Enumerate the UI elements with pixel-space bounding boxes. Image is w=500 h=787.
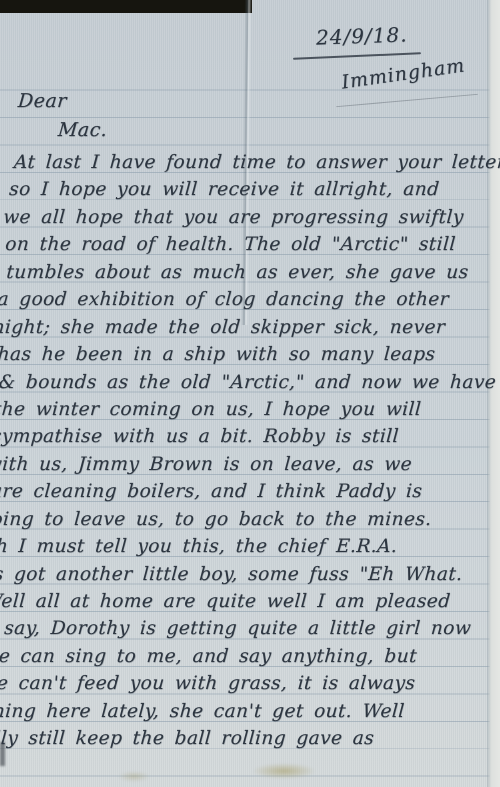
- letter-body: At last I have found time to answer your…: [0, 149, 500, 753]
- location-underline: [336, 94, 478, 107]
- paper-stain: [118, 771, 150, 782]
- letter-line: the winter coming on us, I hope you will: [0, 396, 483, 423]
- paper-stain: [252, 763, 316, 779]
- letter-line: Polly still keep the ball rolling gave a…: [0, 725, 460, 752]
- letter-line: on the road of health. The old "Arctic" …: [4, 231, 494, 258]
- salutation-name: Mac.: [57, 119, 108, 141]
- letter-line: tumbles about as much as ever, she gave …: [5, 259, 492, 286]
- letter-line: & bounds as the old "Arctic," and now we…: [0, 369, 485, 396]
- letter-line: are cleaning boilers, and I think Paddy …: [0, 478, 477, 505]
- letter-date: 24/9/18.: [316, 22, 408, 49]
- letter-line: as got another little boy, some fuss "Eh…: [0, 561, 471, 588]
- letter-line: has he been in a ship with so many leaps: [0, 341, 487, 368]
- letter-line: with us, Jimmy Brown is on leave, as we: [0, 451, 479, 478]
- letter-line: At last I have found time to answer your…: [13, 149, 500, 176]
- letter-line: to say, Dorothy is getting quite a littl…: [0, 615, 467, 642]
- letter-line: she can sing to me, and say anything, bu…: [0, 643, 465, 670]
- letter-line: Oh I must tell you this, the chief E.R.A…: [0, 533, 473, 560]
- letter-location: Immingham: [340, 54, 466, 93]
- salutation-dear: Dear: [17, 90, 68, 112]
- paper-right-edge: [487, 0, 500, 787]
- letter-line: she can't feed you with grass, it is alw…: [0, 670, 464, 697]
- letter-page: 24/9/18. Immingham Dear Mac. At last I h…: [0, 0, 500, 787]
- letter-line: Well all at home are quite well I am ple…: [0, 588, 469, 615]
- date-underline: [293, 52, 421, 60]
- torn-paper-edge: [0, 0, 252, 13]
- letter-line: so I hope you will receive it allright, …: [8, 176, 498, 203]
- letter-line: going to leave us, to go back to the min…: [0, 506, 475, 533]
- letter-line: raining here lately, she can't get out. …: [0, 698, 462, 725]
- letter-line: sympathise with us a bit. Robby is still: [0, 423, 481, 450]
- letter-line: a good exhibition of clog dancing the ot…: [0, 286, 490, 313]
- letter-line: we all hope that you are progressing swi…: [2, 204, 496, 231]
- letter-line: night; she made the old skipper sick, ne…: [0, 314, 488, 341]
